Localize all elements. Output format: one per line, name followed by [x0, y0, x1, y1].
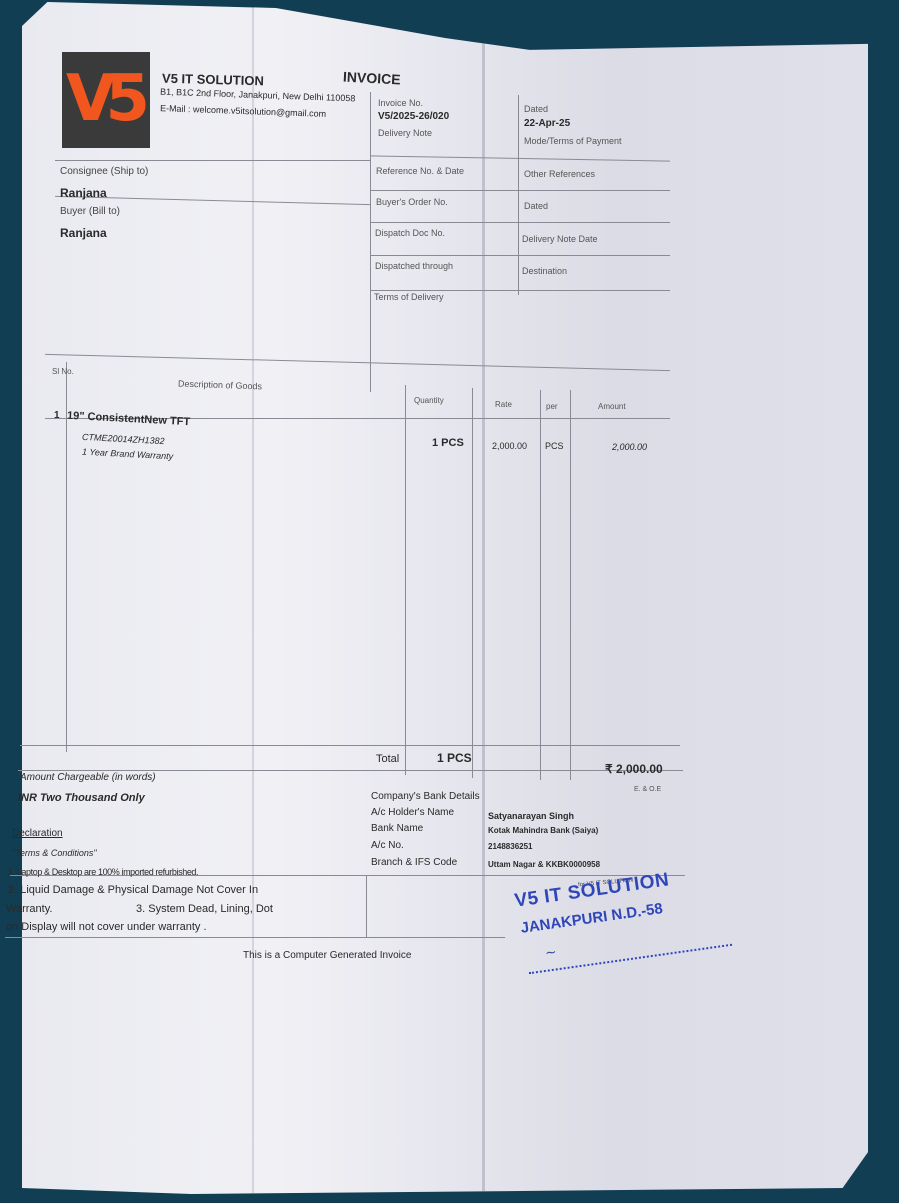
bank-holder: Satyanarayan Singh	[488, 811, 574, 821]
consignee-label: Consignee (Ship to)	[60, 166, 148, 177]
delivery-note-date-label: Delivery Note Date	[522, 234, 598, 244]
destination-label: Destination	[522, 266, 567, 276]
declaration-label: Declaration	[12, 828, 63, 839]
row-quantity: 1 PCS	[432, 437, 464, 449]
eoe: E. & O.E	[634, 786, 661, 793]
branch: Uttam Nagar & KKBK0000958	[488, 860, 600, 869]
row-per: PCS	[545, 441, 564, 451]
dispatch-doc-label: Dispatch Doc No.	[375, 228, 445, 238]
company-logo: V5	[62, 52, 150, 148]
terms-title: "Terms & Conditions"	[12, 848, 97, 858]
terms-line-3a: Warranty.	[6, 903, 52, 915]
amount-words-label: Amount Chargeable (in words)	[20, 772, 156, 783]
invoice-title: INVOICE	[343, 69, 401, 88]
invoice-no-label: Invoice No.	[378, 98, 423, 108]
total-amount: ₹ 2,000.00	[605, 762, 663, 776]
acno-label: A/c No.	[371, 840, 404, 851]
terms-of-delivery-label: Terms of Delivery	[374, 292, 444, 302]
terms-line-2: 2. Liquid Damage & Physical Damage Not C…	[8, 884, 258, 896]
terms-line-3b: 3. System Dead, Lining, Dot	[136, 903, 273, 915]
header-rate: Rate	[495, 400, 512, 409]
terms-line-4: on Display will not cover under warranty…	[6, 921, 207, 933]
invoice-date: 22-Apr-25	[524, 118, 570, 129]
amount-words: INR Two Thousand Only	[18, 792, 145, 804]
total-quantity: 1 PCS	[437, 751, 472, 765]
company-name: V5 IT SOLUTION	[162, 71, 264, 89]
fold-line	[482, 2, 485, 1200]
footer-note: This is a Computer Generated Invoice	[243, 950, 411, 961]
acno: 2148836251	[488, 842, 533, 851]
consignee-name: Ranjana	[60, 186, 107, 200]
signature-scrawl: ~	[544, 944, 558, 961]
buyer-name: Ranjana	[60, 226, 107, 240]
branch-label: Branch & IFS Code	[371, 857, 457, 868]
header-amount: Amount	[598, 402, 626, 411]
invoice-no: V5/2025-26/020	[378, 111, 449, 122]
other-references-label: Other References	[524, 169, 595, 179]
fold-line	[252, 2, 254, 1200]
row-rate: 2,000.00	[492, 441, 527, 451]
buyers-order-label: Buyer's Order No.	[376, 197, 448, 207]
dated2-label: Dated	[524, 201, 548, 211]
total-label: Total	[376, 753, 399, 765]
bank-name: Kotak Mahindra Bank (Saiya)	[488, 826, 598, 835]
dispatched-through-label: Dispatched through	[375, 261, 453, 271]
payment-terms-label: Mode/Terms of Payment	[524, 136, 622, 146]
bank-holder-label: A/c Holder's Name	[371, 807, 454, 818]
bank-title: Company's Bank Details	[371, 791, 480, 802]
header-per: per	[546, 402, 558, 411]
header-sl: Sl No.	[52, 367, 74, 376]
dated-label: Dated	[524, 104, 548, 114]
bank-name-label: Bank Name	[371, 823, 423, 834]
terms-line-1: 1. Laptop & Desktop are 100% imported re…	[8, 867, 198, 877]
row-sl: 1	[54, 410, 60, 421]
header-quantity: Quantity	[414, 396, 444, 405]
delivery-note-label: Delivery Note	[378, 128, 432, 138]
reference-label: Reference No. & Date	[376, 166, 464, 176]
row-amount: 2,000.00	[612, 442, 647, 452]
invoice-paper	[22, 2, 868, 1200]
buyer-label: Buyer (Bill to)	[60, 206, 120, 217]
